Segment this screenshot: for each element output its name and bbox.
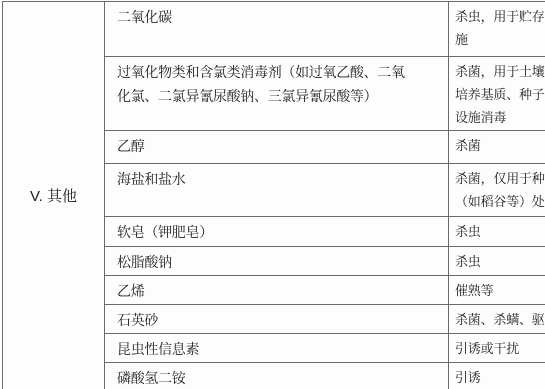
substance-cell: 乙醇 [105,131,449,164]
use-cell: 杀菌，仅用于种子 （如稻谷等）处理 [449,164,545,217]
substance-cell: 昆虫性信息素 [105,334,449,363]
table-row: V. 其他 二氧化碳 杀虫，用于贮存设 施 [3,2,545,57]
substance-cell: 石英砂 [105,305,449,334]
substance-cell: 松脂酸钠 [105,247,449,276]
use-cell: 杀菌、杀螨、驱避 [449,305,545,334]
use-cell: 杀虫，用于贮存设 施 [449,2,545,57]
substance-cell: 软皂（钾肥皂） [105,217,449,247]
use-cell: 引诱或干扰 [449,334,545,363]
substance-cell: 乙烯 [105,276,449,305]
substances-table: V. 其他 二氧化碳 杀虫，用于贮存设 施 过氧化物类和含氯类消毒剂（如过氧乙酸… [2,1,545,389]
category-cell: V. 其他 [3,2,105,389]
substance-cell: 海盐和盐水 [105,164,449,217]
use-cell: 催熟等 [449,276,545,305]
substance-cell: 二氧化碳 [105,2,449,57]
substance-cell: 过氧化物类和含氯类消毒剂（如过氧乙酸、二氧 化氯、二氯异氰尿酸钠、三氯异氰尿酸等… [105,57,449,131]
substance-cell: 磷酸氢二铵 [105,363,449,389]
use-cell: 杀虫 [449,217,545,247]
use-cell: 杀菌 [449,131,545,164]
use-cell: 引诱 [449,363,545,389]
document-page: V. 其他 二氧化碳 杀虫，用于贮存设 施 过氧化物类和含氯类消毒剂（如过氧乙酸… [0,0,545,389]
use-cell: 杀虫 [449,247,545,276]
use-cell: 杀菌，用于土壤、 培养基质、种子和 设施消毒 [449,57,545,131]
